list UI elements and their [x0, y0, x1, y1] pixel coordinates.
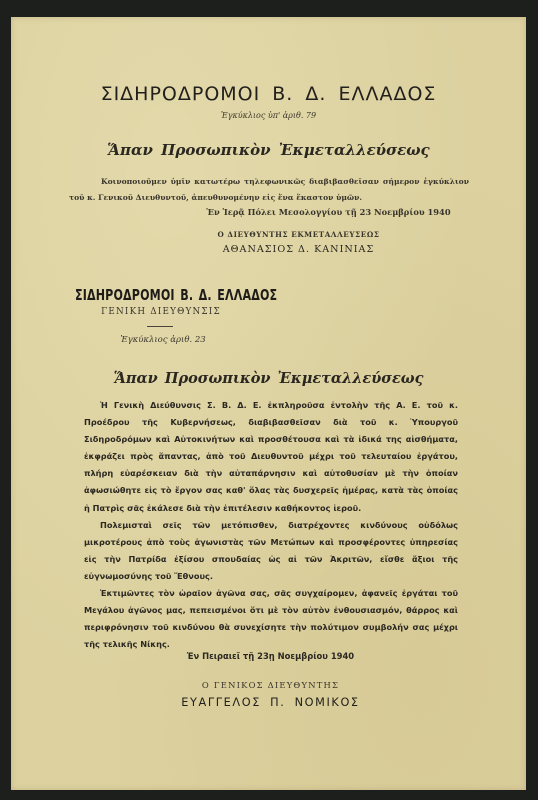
circular-number: Ἐγκύκλιος ὑπ' ἀριθ. 79	[11, 111, 526, 120]
notice-paragraph: Κοινοποιοῦμεν ὑμῖν κατωτέρω τηλεφωνικῶς …	[69, 174, 469, 206]
circular-body: Ἡ Γενικὴ Διεύθυνσις Σ. Β. Δ. Ε. ἐκπληροῦ…	[84, 397, 458, 653]
letterhead-title: ΣΙΔΗΡΟΔΡΟΜΟΙ Β. Δ. ΕΛΛΑΔΟΣ	[75, 286, 277, 304]
addressee-heading: Ἅπαν Προσωπικὸν Ἐκμεταλλεύσεως	[11, 141, 526, 159]
general-director-role: Ο ΓΕΝΙΚΟΣ ΔΙΕΥΘΥΝΤΗΣ	[11, 680, 526, 690]
circular-heading: Ἅπαν Προσωπικὸν Ἐκμεταλλεύσεως	[11, 370, 526, 387]
railway-title: ΣΙΔΗΡΟΔΡΟΜΟΙ Β. Δ. ΕΛΛΑΔΟΣ	[11, 83, 526, 105]
signatory-name: ΑΘΑΝΑΣΙΟΣ Δ. ΚΑΝΙΝΙΑΣ	[11, 244, 526, 255]
letterhead-department: ΓΕΝΙΚΗ ΔΙΕΥΘΥΝΣΙΣ	[95, 307, 227, 317]
body-paragraph: Ἡ Γενικὴ Διεύθυνσις Σ. Β. Δ. Ε. ἐκπληροῦ…	[84, 397, 458, 517]
letterhead-divider	[147, 326, 173, 327]
letterhead-circular-number: Ἐγκύκλιος ἀριθ. 23	[107, 335, 219, 345]
body-paragraph: Ἐκτιμῶντες τὸν ὡραῖον ἀγῶνα σας, σᾶς συγ…	[84, 585, 458, 653]
circular-date: Ἐν Πειραιεῖ τῇ 23ῃ Νοεμβρίου 1940	[11, 651, 526, 661]
document-page: ΣΙΔΗΡΟΔΡΟΜΟΙ Β. Δ. ΕΛΛΑΔΟΣ Ἐγκύκλιος ὑπ'…	[11, 17, 526, 790]
notice-date: Ἐν Ἱερᾷ Πόλει Μεσολογγίου τῇ 23 Νοεμβρίο…	[131, 207, 526, 217]
signatory-role: Ο ΔΙΕΥΘΥΝΤΗΣ ΕΚΜΕΤΑΛΛΕΥΣΕΩΣ	[11, 230, 526, 239]
general-director-name: ΕΥΑΓΓΕΛΟΣ Π. ΝΟΜΙΚΟΣ	[11, 696, 526, 709]
body-paragraph: Πολεμισταὶ σεῖς τῶν μετόπισθεν, διατρέχο…	[84, 517, 458, 585]
